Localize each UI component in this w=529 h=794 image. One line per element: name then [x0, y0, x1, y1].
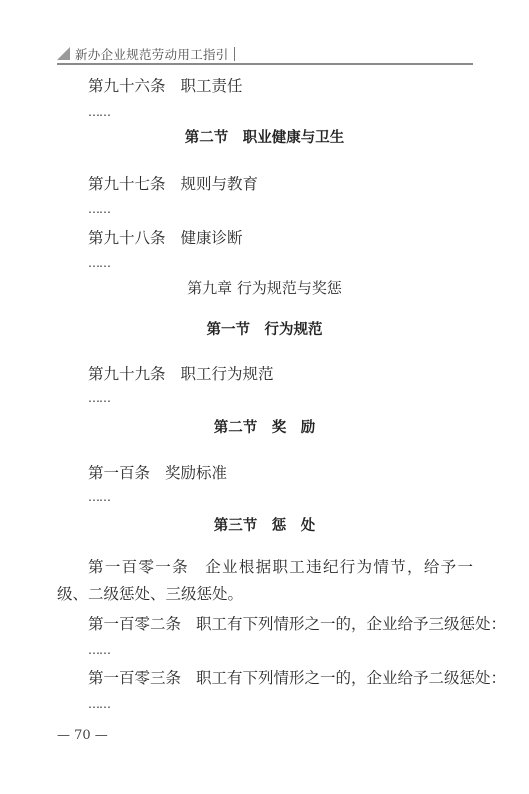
omitted-text: ……	[88, 697, 110, 711]
article-text: 职工有下列情形之一的，企业给予三级惩处：	[196, 615, 506, 633]
article-102-paragraph: 第一百零二条职工有下列情形之一的，企业给予三级惩处：	[88, 612, 506, 634]
article-103-paragraph: 第一百零三条职工有下列情形之一的，企业给予二级惩处：	[88, 666, 506, 688]
running-header: 新办企业规范劳动用工指引	[57, 44, 473, 65]
article-97-heading: 第九十七条规则与教育	[88, 172, 258, 194]
article-number: 第一百条	[88, 464, 150, 482]
omitted-text: ……	[88, 643, 110, 657]
header-divider	[234, 47, 235, 61]
omitted-text: ……	[88, 391, 110, 405]
article-title: 健康诊断	[181, 229, 243, 247]
section-heading-conduct: 第一节 行为规范	[0, 318, 529, 339]
section-heading-occupational-health: 第二节 职业健康与卫生	[0, 126, 529, 147]
chapter-heading: 第九章 行为规范与奖惩	[0, 277, 529, 298]
page-number: — 70 —	[57, 728, 108, 743]
article-101-paragraph: 第一百零一条企业根据职工违纪行为情节，给予一级、二级惩处、三级惩处。	[57, 554, 473, 608]
article-number: 第一百零三条	[88, 669, 181, 687]
article-number: 第九十七条	[88, 175, 166, 193]
omitted-text: ……	[88, 490, 110, 504]
article-number: 第一百零二条	[88, 615, 181, 633]
article-number: 第九十八条	[88, 229, 166, 247]
article-title: 职工行为规范	[181, 365, 274, 383]
article-100-heading: 第一百条奖励标准	[88, 461, 227, 483]
article-number: 第九十九条	[88, 365, 166, 383]
book-title: 新办企业规范劳动用工指引	[75, 45, 235, 63]
article-number: 第九十六条	[88, 77, 166, 95]
article-98-heading: 第九十八条健康诊断	[88, 226, 243, 248]
article-text: 职工有下列情形之一的，企业给予二级惩处：	[196, 669, 506, 687]
omitted-text: ……	[88, 256, 110, 270]
section-heading-rewards: 第二节 奖 励	[0, 416, 529, 437]
article-96-heading: 第九十六条职工责任	[88, 74, 243, 96]
article-title: 奖励标准	[165, 464, 227, 482]
omitted-text: ……	[88, 105, 110, 119]
section-heading-penalties: 第三节 惩 处	[0, 514, 529, 535]
triangle-ornament-icon	[57, 47, 70, 60]
article-title: 职工责任	[181, 77, 243, 95]
book-title-text: 新办企业规范劳动用工指引	[75, 47, 229, 62]
article-title: 规则与教育	[181, 175, 259, 193]
article-number: 第一百零一条	[88, 558, 189, 576]
omitted-text: ……	[88, 202, 110, 216]
article-99-heading: 第九十九条职工行为规范	[88, 362, 274, 384]
